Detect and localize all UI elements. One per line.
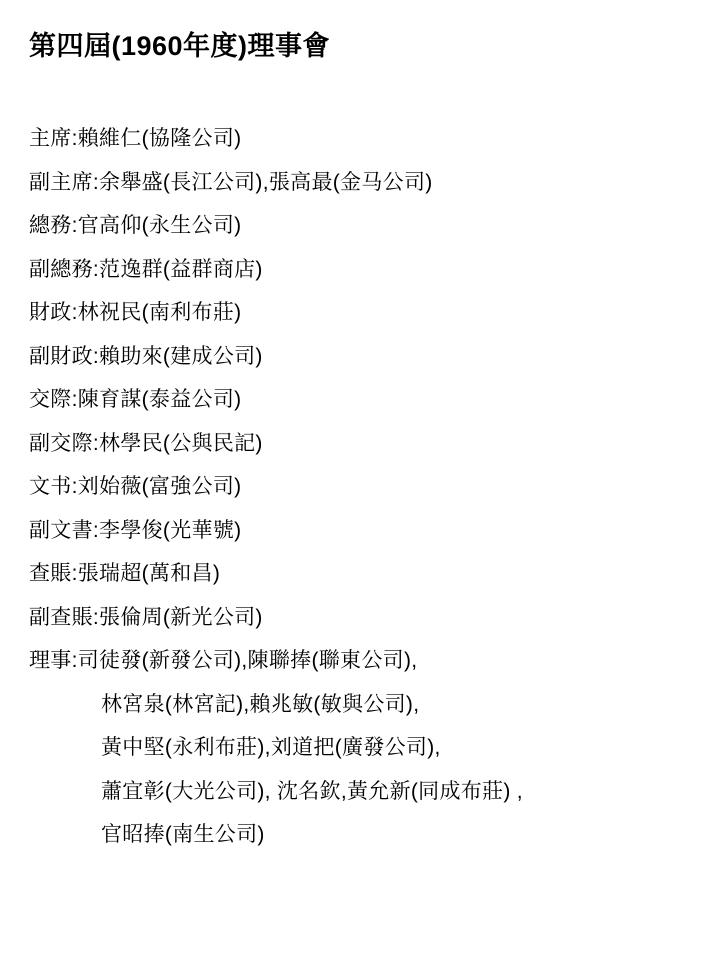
roster-line: 總務:官高仰(永生公司) [29, 204, 696, 248]
roster-line: 副總務:范逸群(益群商店) [29, 248, 696, 292]
roster-line: 黃中堅(永利布莊),刘道把(廣發公司), [29, 726, 696, 770]
roster-line: 文书:刘始薇(富強公司) [29, 465, 696, 509]
roster-line: 副交際:林學民(公與民記) [29, 422, 696, 466]
roster-line: 官昭捧(南生公司) [29, 813, 696, 857]
document-page: 第四屆(1960年度)理事會 主席:賴維仁(協隆公司)副主席:余舉盛(長江公司)… [0, 0, 720, 960]
page-title: 第四屆(1960年度)理事會 [29, 30, 696, 62]
roster-line: 交際:陳育謀(泰益公司) [29, 378, 696, 422]
roster-line: 副主席:余舉盛(長江公司),張高最(金马公司) [29, 161, 696, 205]
roster-line: 查賬:張瑞超(萬和昌) [29, 552, 696, 596]
roster-line: 副文書:李學俊(光華號) [29, 509, 696, 553]
roster-line: 主席:賴維仁(協隆公司) [29, 117, 696, 161]
roster-line: 副查賬:張倫周(新光公司) [29, 596, 696, 640]
roster-line: 財政:林祝民(南利布莊) [29, 291, 696, 335]
roster-line: 林宮泉(林宮記),賴兆敏(敏與公司), [29, 683, 696, 727]
roster-list: 主席:賴維仁(協隆公司)副主席:余舉盛(長江公司),張高最(金马公司)總務:官高… [29, 117, 696, 857]
roster-line: 蕭宜彰(大光公司), 沈名欽,黃允新(同成布莊) , [29, 770, 696, 814]
roster-line: 副財政:賴助來(建成公司) [29, 335, 696, 379]
roster-line: 理事:司徒發(新發公司),陳聯捧(聯東公司), [29, 639, 696, 683]
